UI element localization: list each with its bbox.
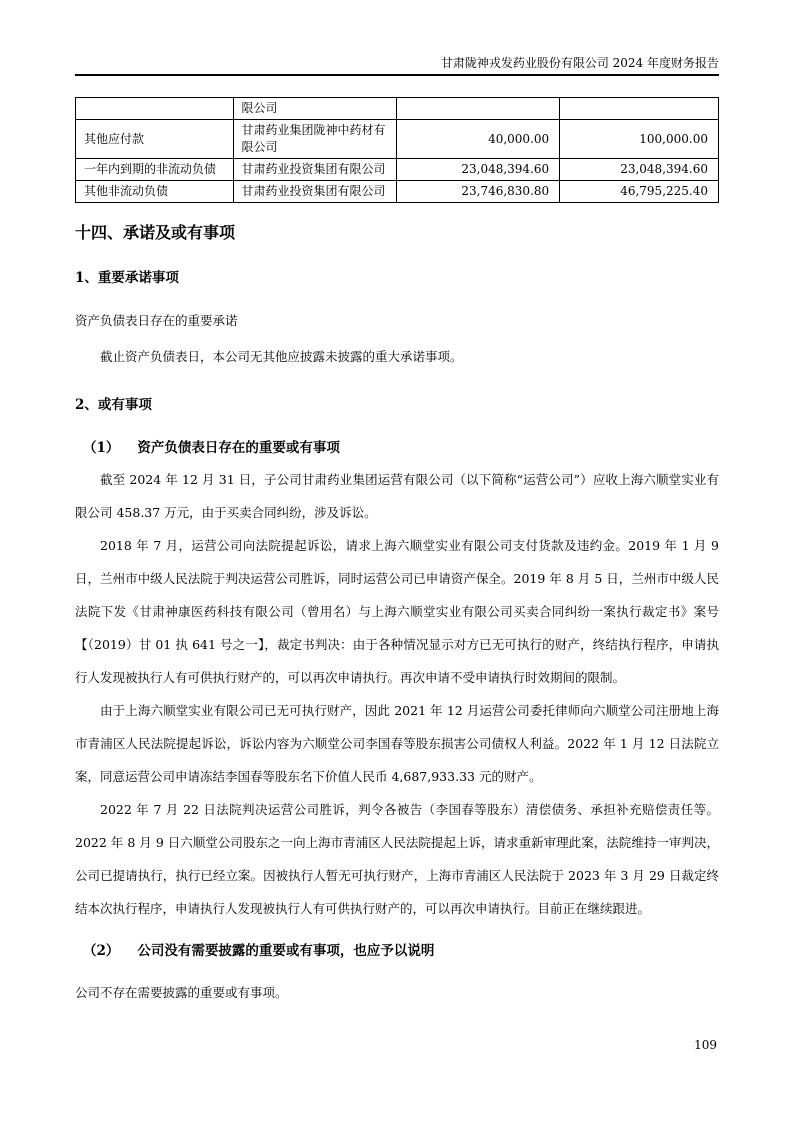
cell-party: 甘肃药业集团陇神中药材有限公司 <box>233 120 397 159</box>
cell-amount-prior: 46,795,225.40 <box>560 181 719 203</box>
subsection-2-1-title: 资产负债表日存在的重要或有事项 <box>137 440 340 456</box>
paragraph: 由于上海六顺堂实业有限公司已无可执行财产，因此 2021 年 12 月运营公司委… <box>75 694 719 793</box>
subsection-2-heading: 2、或有事项 <box>75 397 719 414</box>
litigation-paragraphs: 截至 2024 年 12 月 31 日，子公司甘肃药业集团运营有限公司（以下简称… <box>75 463 719 925</box>
table-row: 一年内到期的非流动负债 甘肃药业投资集团有限公司 23,048,394.60 2… <box>76 159 719 181</box>
paragraph: 2018 年 7 月，运营公司向法院提起诉讼，请求上海六顺堂实业有限公司支付货款… <box>75 529 719 694</box>
cell-amount-prior: 23,048,394.60 <box>560 159 719 181</box>
cell-item: 其他应付款 <box>76 120 234 159</box>
table-row: 其他应付款 甘肃药业集团陇神中药材有限公司 40,000.00 100,000.… <box>76 120 719 159</box>
cell-amount-prior: 100,000.00 <box>560 120 719 159</box>
cell-amount-current <box>397 98 560 120</box>
cell-amount-current: 23,048,394.60 <box>397 159 560 181</box>
subsection-1-paragraph: 截止资产负债表日，本公司无其他应披露未披露的重大承诺事项。 <box>75 340 719 373</box>
report-header-title: 甘肃陇神戎发药业股份有限公司 2024 年度财务报告 <box>441 56 719 70</box>
page-number: 109 <box>694 1038 717 1052</box>
report-page: 甘肃陇神戎发药业股份有限公司 2024 年度财务报告 限公司 其他应付款 甘肃药… <box>0 0 793 1122</box>
subsection-1-lead-text: 资产负债表日存在的重要承诺 <box>75 313 719 328</box>
section-14-heading: 十四、承诺及或有事项 <box>75 223 719 243</box>
cell-amount-current: 40,000.00 <box>397 120 560 159</box>
cell-item <box>76 98 234 120</box>
cell-party: 限公司 <box>233 98 397 120</box>
subsection-2-2-number: （2） <box>83 943 119 959</box>
table-row: 其他非流动负债 甘肃药业投资集团有限公司 23,746,830.80 46,79… <box>76 181 719 203</box>
subsection-2-2-paragraph: 公司不存在需要披露的重要或有事项。 <box>75 976 719 1009</box>
paragraph: 2022 年 7 月 22 日法院判决运营公司胜诉，判令各被告（李国春等股东）清… <box>75 793 719 925</box>
cell-amount-current: 23,746,830.80 <box>397 181 560 203</box>
cell-item: 其他非流动负债 <box>76 181 234 203</box>
subsection-2-1-number: （1） <box>83 440 119 456</box>
cell-party: 甘肃药业投资集团有限公司 <box>233 159 397 181</box>
cell-party: 甘肃药业投资集团有限公司 <box>233 181 397 203</box>
paragraph: 截至 2024 年 12 月 31 日，子公司甘肃药业集团运营有限公司（以下简称… <box>75 463 719 529</box>
subsection-2-1-heading: （1）资产负债表日存在的重要或有事项 <box>75 440 719 457</box>
subsection-2-2-heading: （2）公司没有需要披露的重要或有事项，也应予以说明 <box>75 943 719 960</box>
related-party-balances-table: 限公司 其他应付款 甘肃药业集团陇神中药材有限公司 40,000.00 100,… <box>75 97 719 203</box>
cell-amount-prior <box>560 98 719 120</box>
table-row: 限公司 <box>76 98 719 120</box>
subsection-2-2-title: 公司没有需要披露的重要或有事项，也应予以说明 <box>137 943 434 959</box>
cell-item: 一年内到期的非流动负债 <box>76 159 234 181</box>
report-header: 甘肃陇神戎发药业股份有限公司 2024 年度财务报告 <box>75 0 719 76</box>
subsection-1-heading: 1、重要承诺事项 <box>75 270 719 287</box>
